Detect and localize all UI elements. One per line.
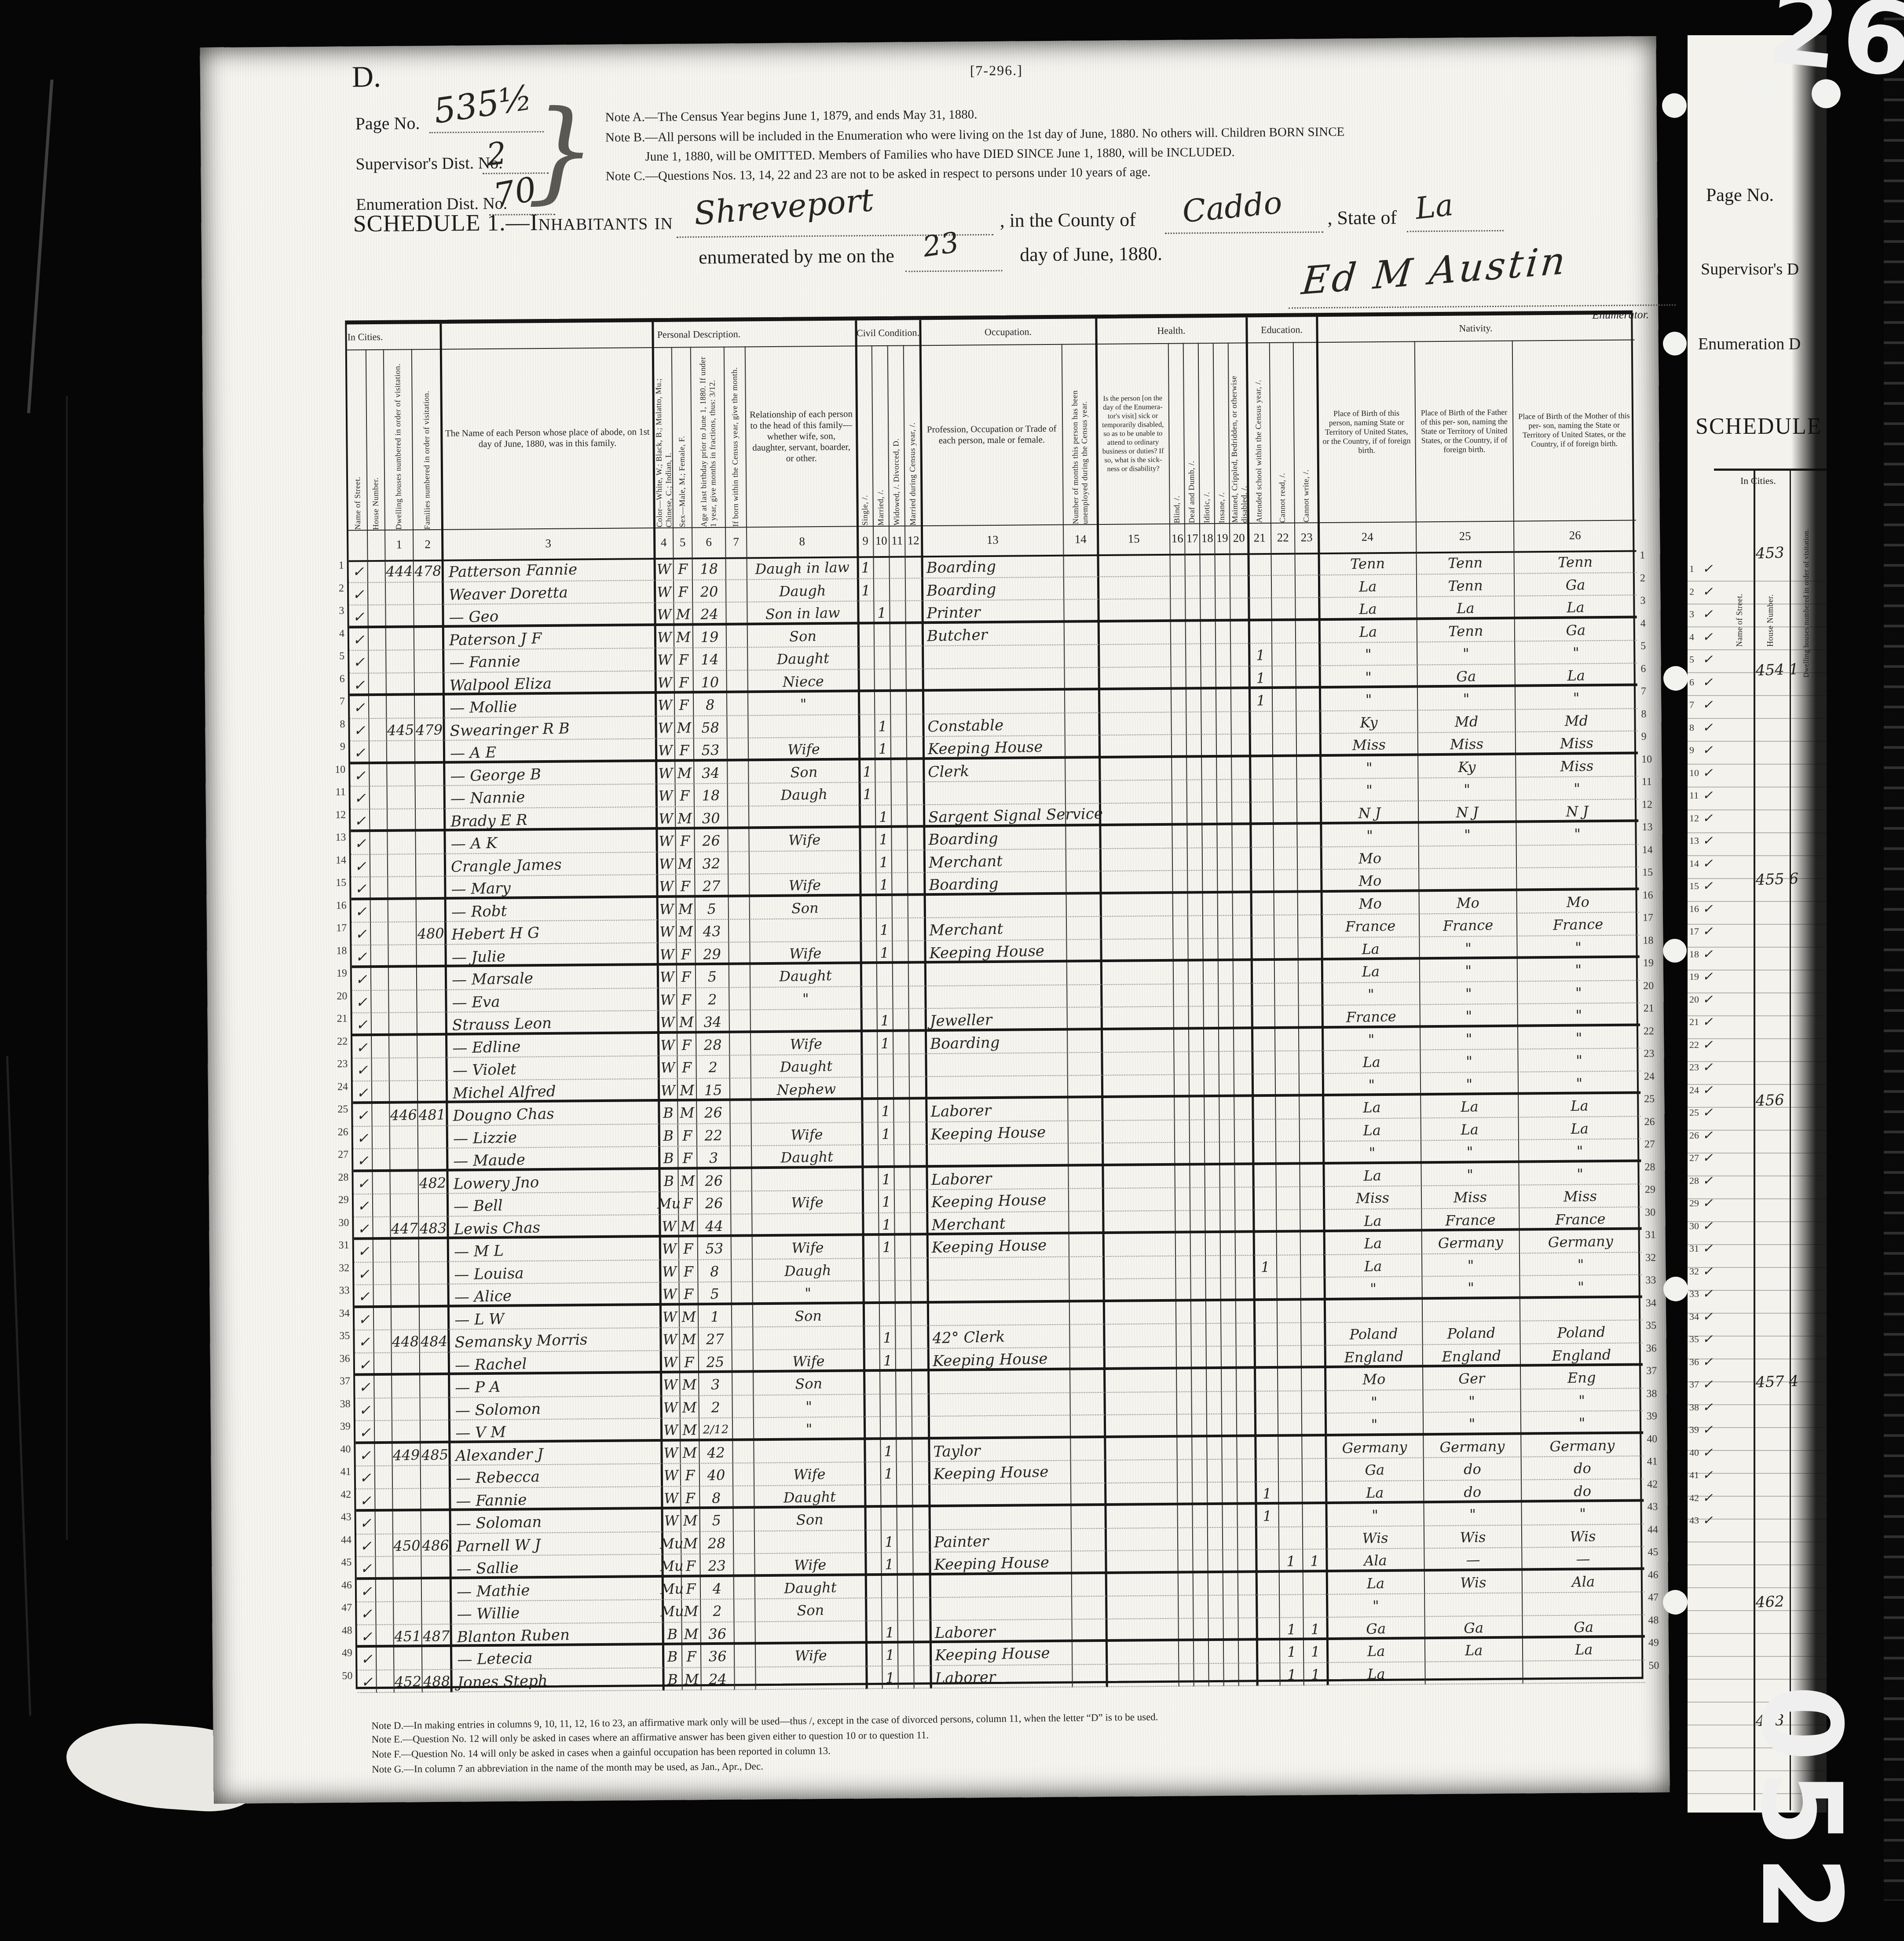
- cell-color: Mu: [662, 1554, 681, 1577]
- column-number-3: 3: [442, 527, 655, 560]
- cell-b24: La: [1327, 1661, 1425, 1686]
- film-streak: [66, 396, 68, 1540]
- cell-color: Mu: [662, 1532, 681, 1555]
- column-header-b26: Place of Birth of the Mother of this per…: [1512, 339, 1636, 520]
- enumerated-day: 23: [921, 226, 961, 264]
- column-header-c14: Number of months this person has been un…: [1062, 344, 1098, 524]
- footnote-g: Note G.—In column 7 an abbreviation in t…: [372, 1761, 763, 1775]
- cell-c10: 1: [879, 1349, 896, 1372]
- column-number-9: 9: [857, 526, 874, 556]
- cell-color: B: [659, 1101, 678, 1124]
- cell-street: ✓: [351, 809, 370, 832]
- cell-b24: ": [1327, 1593, 1425, 1618]
- cell-rel: ": [754, 1417, 865, 1442]
- cell-color: W: [657, 965, 677, 988]
- cell-b24: ": [1319, 664, 1417, 689]
- column-number-12: 12: [905, 525, 922, 556]
- page2-row-check: ✓: [1703, 1445, 1716, 1463]
- cell-b25: Germany: [1421, 1230, 1520, 1255]
- cell-rel: Wife: [755, 1643, 867, 1668]
- page2-row-number: 1: [1689, 563, 1703, 579]
- cell-color: Mu: [663, 1600, 682, 1622]
- page2-row-number: 33: [1689, 1288, 1703, 1304]
- cell-b25: ": [1420, 1026, 1518, 1051]
- cell-sex: F: [676, 942, 696, 965]
- page2-row-check: ✓: [1703, 1264, 1716, 1282]
- row-number-right: 14: [1642, 844, 1662, 862]
- cell-b24: ": [1320, 755, 1418, 780]
- cell-occ: Printer: [922, 599, 1064, 625]
- cell-b24: Germany: [1325, 1435, 1424, 1459]
- column-header-c17: Deaf and Dumb, /.: [1183, 343, 1200, 523]
- column-header-text: Color—White, W.; Black, B.; Mulatto, Mu.…: [654, 351, 672, 527]
- row-number-left: 16: [325, 900, 347, 917]
- hole-punch: [1663, 1590, 1688, 1615]
- cell-b26: ": [1520, 1252, 1642, 1277]
- cell-color: W: [655, 671, 674, 694]
- cell-sex: F: [678, 1237, 698, 1260]
- cell-rel: Daugh: [747, 578, 858, 603]
- cell-sex: M: [676, 897, 695, 920]
- column-number-5: 5: [673, 527, 692, 557]
- row-number-right: 44: [1648, 1524, 1667, 1541]
- page2-row-number: 27: [1689, 1152, 1703, 1168]
- county-blank: [1165, 231, 1323, 234]
- note-b-line2: June 1, 1880, will be OMITTED. Members o…: [645, 145, 1234, 165]
- hole-punch: [1663, 939, 1687, 963]
- cell-b25: Wis: [1424, 1570, 1522, 1595]
- cell-street: ✓: [356, 1489, 375, 1512]
- cell-c22: 1: [1279, 1549, 1303, 1573]
- page2-row-number: 35: [1689, 1333, 1703, 1349]
- cell-street: ✓: [354, 1262, 373, 1285]
- cell-street: ✓: [350, 718, 369, 741]
- cell-b26: do: [1521, 1455, 1644, 1481]
- cell-b25: Md: [1417, 709, 1516, 734]
- cell-street: ✓: [353, 1104, 372, 1127]
- column-header-sex: Sex—Male, M.; Female, F.: [672, 347, 692, 527]
- cell-b26: Tenn: [1514, 549, 1637, 575]
- page2-row-check: ✓: [1703, 1105, 1716, 1123]
- cell-b25: ": [1423, 1411, 1521, 1436]
- cell-age: 40: [699, 1463, 733, 1487]
- cell-d1: 450: [393, 1534, 421, 1557]
- column-header-text: Number of months this person has been un…: [1070, 347, 1090, 524]
- page2-row-check: ✓: [1703, 1128, 1716, 1146]
- cell-b25: Miss: [1421, 1185, 1519, 1209]
- cell-sex: F: [674, 580, 693, 603]
- cell-age: 36: [701, 1644, 735, 1668]
- cell-rel: Son: [747, 623, 858, 648]
- cell-color: W: [660, 1328, 680, 1351]
- row-number-right: 12: [1642, 799, 1661, 817]
- cell-sex: F: [680, 1464, 699, 1487]
- column-number-18: 18: [1200, 523, 1215, 553]
- row-number-right: 40: [1647, 1433, 1666, 1450]
- cell-occ: Merchant: [924, 848, 1066, 874]
- row-number-right: 49: [1648, 1637, 1668, 1655]
- cell-sex: F: [682, 1645, 701, 1668]
- cell-c22: 1: [1280, 1663, 1304, 1686]
- cell-occ: Keeping House: [930, 1550, 1072, 1576]
- column-header-c16: Blind, /.: [1168, 343, 1185, 524]
- row-number-left: 39: [329, 1421, 351, 1438]
- row-number-left: 47: [330, 1602, 352, 1619]
- column-header-d1: Dwelling houses numbered in order of vis…: [384, 349, 413, 529]
- column-number-17: 17: [1185, 523, 1200, 553]
- cell-c10: 1: [880, 1439, 897, 1462]
- cell-sex: F: [677, 1033, 696, 1056]
- row-number-right: 25: [1644, 1093, 1663, 1111]
- cell-rel: Daught: [754, 1484, 865, 1509]
- page2-row-check: ✓: [1703, 1173, 1716, 1191]
- cell-b26: La: [1518, 1093, 1641, 1118]
- column-header-text: Sex—Male, M.; Female, F.: [677, 436, 687, 527]
- cell-b24: N J: [1321, 800, 1419, 825]
- row-number-left: 6: [323, 673, 345, 691]
- row-number-right: 11: [1641, 776, 1661, 794]
- cell-sex: F: [678, 1146, 697, 1169]
- cell-b25: Poland: [1422, 1321, 1520, 1345]
- page2-row-number: 10: [1689, 767, 1703, 783]
- cell-b24: La: [1323, 1163, 1421, 1187]
- row-number-right: 8: [1641, 708, 1660, 726]
- cell-street: ✓: [349, 651, 369, 674]
- enumerator-signature: Ed M Austin: [1300, 238, 1570, 304]
- cell-street: ✓: [352, 1036, 372, 1058]
- cell-street: ✓: [354, 1240, 373, 1263]
- row-number-left: 17: [325, 923, 347, 940]
- column-number-1: 1: [385, 529, 414, 560]
- cell-b24: ": [1325, 1389, 1423, 1414]
- row-number-left: 43: [330, 1511, 352, 1529]
- cell-age: 2: [696, 988, 729, 1011]
- enumerated-day-blank: [905, 270, 1002, 272]
- cell-sex: F: [674, 693, 694, 716]
- cell-c21: 1: [1256, 1505, 1279, 1528]
- cell-c10: 1: [876, 941, 893, 964]
- cell-age: 28: [696, 1033, 730, 1056]
- cell-rel: Daugh: [748, 782, 860, 807]
- cell-sex: M: [679, 1328, 699, 1351]
- cell-b25: La: [1425, 1638, 1523, 1663]
- column-header-c21: Attended school within the Census year, …: [1247, 342, 1271, 523]
- page2-row-check: ✓: [1703, 1400, 1716, 1417]
- row-number-right: 23: [1644, 1048, 1663, 1066]
- cell-color: W: [662, 1487, 681, 1509]
- row-number-left: 4: [322, 628, 344, 645]
- cell-rel: Son: [749, 895, 860, 920]
- county-label: , in the County of: [1000, 208, 1136, 231]
- cell-b26: ": [1516, 821, 1639, 846]
- cell-b26: Miss: [1519, 1183, 1641, 1209]
- cell-b25: do: [1423, 1457, 1521, 1481]
- row-number-right: 6: [1640, 663, 1660, 681]
- column-number-7: 7: [725, 527, 747, 557]
- row-number-left: 45: [330, 1556, 352, 1574]
- cell-age: 19: [692, 625, 726, 648]
- cell-age: 2/12: [699, 1418, 733, 1441]
- column-header-color: Color—White, W.; Black, B.; Mulatto, Mu.…: [653, 347, 673, 527]
- row-number-left: 5: [322, 651, 344, 668]
- page2-row-number: 15: [1689, 880, 1703, 896]
- cell-street: ✓: [352, 1081, 372, 1104]
- cell-b26: Germany: [1519, 1229, 1642, 1254]
- cell-c21: 1: [1249, 666, 1272, 689]
- cell-street: ✓: [349, 673, 369, 696]
- cell-b24: ": [1322, 1072, 1421, 1097]
- cell-rel: Niece: [747, 669, 859, 694]
- page2-row-number: 36: [1689, 1356, 1703, 1372]
- row-number-right: 41: [1647, 1456, 1666, 1473]
- note-c: Note C.—Questions Nos. 13, 14, 22 and 23…: [606, 165, 1151, 184]
- cell-b25: ": [1424, 1502, 1522, 1527]
- cell-c10: 1: [880, 1462, 897, 1485]
- row-number-left: 7: [323, 696, 345, 714]
- footnote-e: Note E.—Question No. 12 will only be ask…: [371, 1729, 929, 1745]
- cell-c10: 1: [875, 714, 891, 737]
- cell-street: ✓: [351, 854, 370, 877]
- page2-row-check: ✓: [1703, 969, 1716, 987]
- cell-rel: ": [753, 1394, 864, 1419]
- cell-street: ✓: [350, 696, 369, 719]
- row-number-left: 9: [323, 741, 345, 759]
- cell-b24: Ky: [1320, 710, 1418, 734]
- page2-row-number: 41: [1689, 1469, 1703, 1485]
- row-number-right: 2: [1640, 572, 1659, 590]
- cell-street: ✓: [349, 628, 368, 651]
- row-number-right: 50: [1648, 1659, 1668, 1677]
- page2-row-check: ✓: [1703, 652, 1716, 670]
- row-number-left: 25: [326, 1103, 348, 1121]
- cell-b25: ": [1418, 822, 1516, 847]
- cell-d2: 486: [421, 1534, 450, 1557]
- page2-row-number: 14: [1689, 858, 1703, 874]
- cell-b26: France: [1519, 1206, 1642, 1232]
- page2-row-check: ✓: [1703, 765, 1716, 783]
- cell-d2: 487: [421, 1624, 451, 1648]
- cell-occ: Keeping House: [929, 1460, 1071, 1486]
- cell-age: 10: [693, 670, 727, 694]
- cell-b26: ": [1520, 1388, 1643, 1413]
- cell-d2: 483: [418, 1216, 448, 1240]
- column-group-header-education: Education.: [1246, 317, 1317, 342]
- column-number-street: [348, 530, 368, 560]
- cell-c10: 1: [882, 1666, 898, 1689]
- row-number-left: 49: [330, 1647, 352, 1665]
- row-number-right: 5: [1640, 640, 1660, 658]
- cell-c23: 1: [1303, 1549, 1327, 1573]
- cell-age: 8: [693, 693, 727, 716]
- cell-sex: F: [681, 1554, 700, 1577]
- page2-row-number: 28: [1689, 1175, 1703, 1191]
- cell-sex: F: [676, 875, 695, 897]
- cell-occ: Taylor: [929, 1437, 1071, 1463]
- cell-sex: M: [680, 1395, 699, 1418]
- cell-rel: Wife: [752, 1190, 863, 1215]
- row-number-right: 43: [1647, 1501, 1666, 1519]
- cell-b24: ": [1322, 1027, 1421, 1051]
- cell-age: 32: [694, 852, 728, 875]
- page2-row-check: ✓: [1703, 697, 1716, 715]
- row-number-right: 29: [1645, 1184, 1664, 1201]
- column-header-house: House Number.: [366, 349, 385, 530]
- film-frame-number-bottom: 052: [1737, 1685, 1865, 1901]
- cell-occ: Merchant: [925, 916, 1067, 942]
- cell-sex: M: [678, 1169, 697, 1192]
- cell-street: ✓: [352, 990, 371, 1013]
- film-streak: [6, 1056, 31, 1715]
- cell-color: B: [659, 1169, 678, 1192]
- page2-supervisor-label: Supervisor's D: [1701, 260, 1799, 279]
- cell-occ: Boarding: [924, 825, 1066, 851]
- column-number-16: 16: [1170, 524, 1185, 554]
- cell-color: W: [656, 807, 676, 830]
- row-number-right: 45: [1648, 1546, 1667, 1564]
- cell-b26: Mo: [1516, 889, 1639, 915]
- cell-d2: 478: [413, 559, 443, 582]
- column-number-11: 11: [889, 526, 905, 556]
- cell-occ: Keeping House: [923, 735, 1065, 761]
- column-header-c11: Widowed, /. Divorced, D.: [888, 345, 905, 526]
- cell-b25: ": [1419, 958, 1517, 983]
- cell-street: ✓: [351, 877, 370, 900]
- cell-occ: Merchant: [927, 1211, 1069, 1237]
- cell-sex: M: [677, 1078, 696, 1101]
- cell-sex: F: [674, 648, 693, 671]
- cell-street: ✓: [357, 1670, 377, 1693]
- row-number-left: 41: [329, 1466, 351, 1483]
- row-number-right: 35: [1646, 1320, 1665, 1337]
- cell-b26: Md: [1515, 708, 1638, 733]
- cell-color: W: [657, 875, 676, 897]
- page2-page-no-label: Page No.: [1706, 185, 1774, 206]
- cell-b25: ": [1421, 1139, 1519, 1164]
- cell-d2: 480: [416, 922, 446, 945]
- cell-rel: Wife: [750, 941, 861, 966]
- page2-row-check: ✓: [1703, 1037, 1716, 1055]
- cell-b25: Ga: [1417, 664, 1515, 689]
- cell-rel: Son: [755, 1598, 866, 1623]
- page2-row-check: ✓: [1703, 1422, 1716, 1440]
- cell-b25: ": [1419, 936, 1517, 960]
- cell-occ: Sargent Signal Service: [924, 803, 1066, 829]
- hole-punch: [1663, 1277, 1688, 1301]
- page2-row-check: ✓: [1703, 1468, 1716, 1485]
- cell-b26: ": [1520, 1410, 1643, 1436]
- cell-occ: Laborer: [930, 1664, 1073, 1690]
- cell-age: 58: [693, 716, 727, 739]
- cell-color: W: [655, 739, 675, 762]
- cell-age: 24: [701, 1667, 735, 1691]
- cell-sex: F: [675, 829, 695, 852]
- row-number-left: 15: [324, 877, 346, 895]
- cell-rel: Daught: [750, 963, 861, 989]
- cell-street: ✓: [350, 741, 369, 764]
- column-header-c19: Insane, /.: [1213, 343, 1230, 523]
- note-b-line1: Note B.—All persons will be included in …: [605, 125, 1344, 145]
- cell-c21: 1: [1249, 644, 1272, 667]
- cell-street: ✓: [352, 923, 371, 945]
- page2-row-check: ✓: [1703, 1491, 1716, 1508]
- column-group-header-civil: Civil Condition.: [856, 320, 920, 345]
- cell-b25: Ga: [1424, 1615, 1523, 1640]
- cell-b26: Germany: [1521, 1433, 1644, 1458]
- cell-b24: ": [1322, 981, 1420, 1006]
- cell-age: 27: [698, 1327, 732, 1351]
- cell-b24: ": [1326, 1503, 1424, 1527]
- cell-sex: F: [677, 988, 696, 1011]
- cell-rel: ": [750, 986, 861, 1011]
- cell-color: Mu: [662, 1577, 681, 1600]
- cell-b24: ": [1320, 687, 1418, 712]
- cell-sex: M: [681, 1509, 700, 1532]
- cell-color: W: [659, 1237, 679, 1260]
- cell-street: ✓: [354, 1194, 373, 1217]
- cell-street: ✓: [355, 1353, 374, 1376]
- cell-c10: 1: [875, 805, 892, 828]
- cell-rel: Wife: [749, 873, 860, 898]
- cell-age: 24: [692, 602, 726, 626]
- cell-color: W: [660, 1282, 679, 1305]
- cell-sex: F: [679, 1350, 699, 1373]
- cell-b26: ": [1519, 1161, 1641, 1187]
- cell-color: W: [655, 603, 674, 626]
- film-frame-number-top: 26: [1763, 0, 1904, 101]
- cell-age: 53: [693, 738, 727, 762]
- page2-row-number: 8: [1689, 722, 1703, 738]
- cell-age: 53: [697, 1237, 731, 1260]
- cell-age: 26: [694, 829, 728, 852]
- row-number-left: 40: [329, 1443, 351, 1461]
- page2-row-check: ✓: [1703, 856, 1716, 874]
- cell-c10: 1: [879, 1326, 896, 1349]
- cell-color: W: [656, 784, 675, 807]
- column-header-c23: Cannot write, /.: [1293, 342, 1318, 522]
- page2-row-number: 11: [1689, 790, 1703, 806]
- page2-row-number: 19: [1689, 971, 1703, 987]
- cell-rel: ": [752, 1281, 864, 1306]
- column-header-d2: Families numbered in order of visitation…: [412, 349, 442, 530]
- cell-sex: F: [677, 1124, 697, 1146]
- row-number-right: 42: [1647, 1478, 1666, 1496]
- cell-b24: ": [1323, 1140, 1421, 1165]
- cell-rel: Son in law: [747, 601, 858, 626]
- cell-c10: 1: [878, 1100, 894, 1123]
- cell-street: ✓: [355, 1466, 375, 1489]
- census-page: D. [7-296.] Page No. 535½ Supervisor's D…: [200, 36, 1670, 1804]
- cell-b24: Poland: [1325, 1322, 1423, 1346]
- enumerated-prefix: enumerated by me on the: [699, 245, 894, 268]
- supervisor-label: Supervisor's Dist. No.: [355, 154, 502, 174]
- row-number-left: 2: [322, 582, 344, 600]
- cell-b26: Poland: [1520, 1319, 1643, 1345]
- cell-age: 29: [695, 942, 729, 966]
- cell-color: W: [658, 1011, 677, 1033]
- cell-sex: F: [679, 1282, 698, 1305]
- film-streak: [27, 80, 54, 414]
- cell-c10: 1: [876, 919, 893, 941]
- cell-sex: F: [675, 784, 694, 807]
- cell-age: 27: [695, 874, 729, 897]
- row-number-right: 37: [1646, 1365, 1666, 1383]
- row-number-left: 44: [330, 1534, 352, 1552]
- cell-age: 44: [697, 1214, 731, 1238]
- row-number-right: 27: [1644, 1139, 1664, 1156]
- cell-sex: M: [679, 1305, 699, 1328]
- cell-street: ✓: [355, 1376, 374, 1399]
- cell-b24: Ga: [1327, 1616, 1425, 1641]
